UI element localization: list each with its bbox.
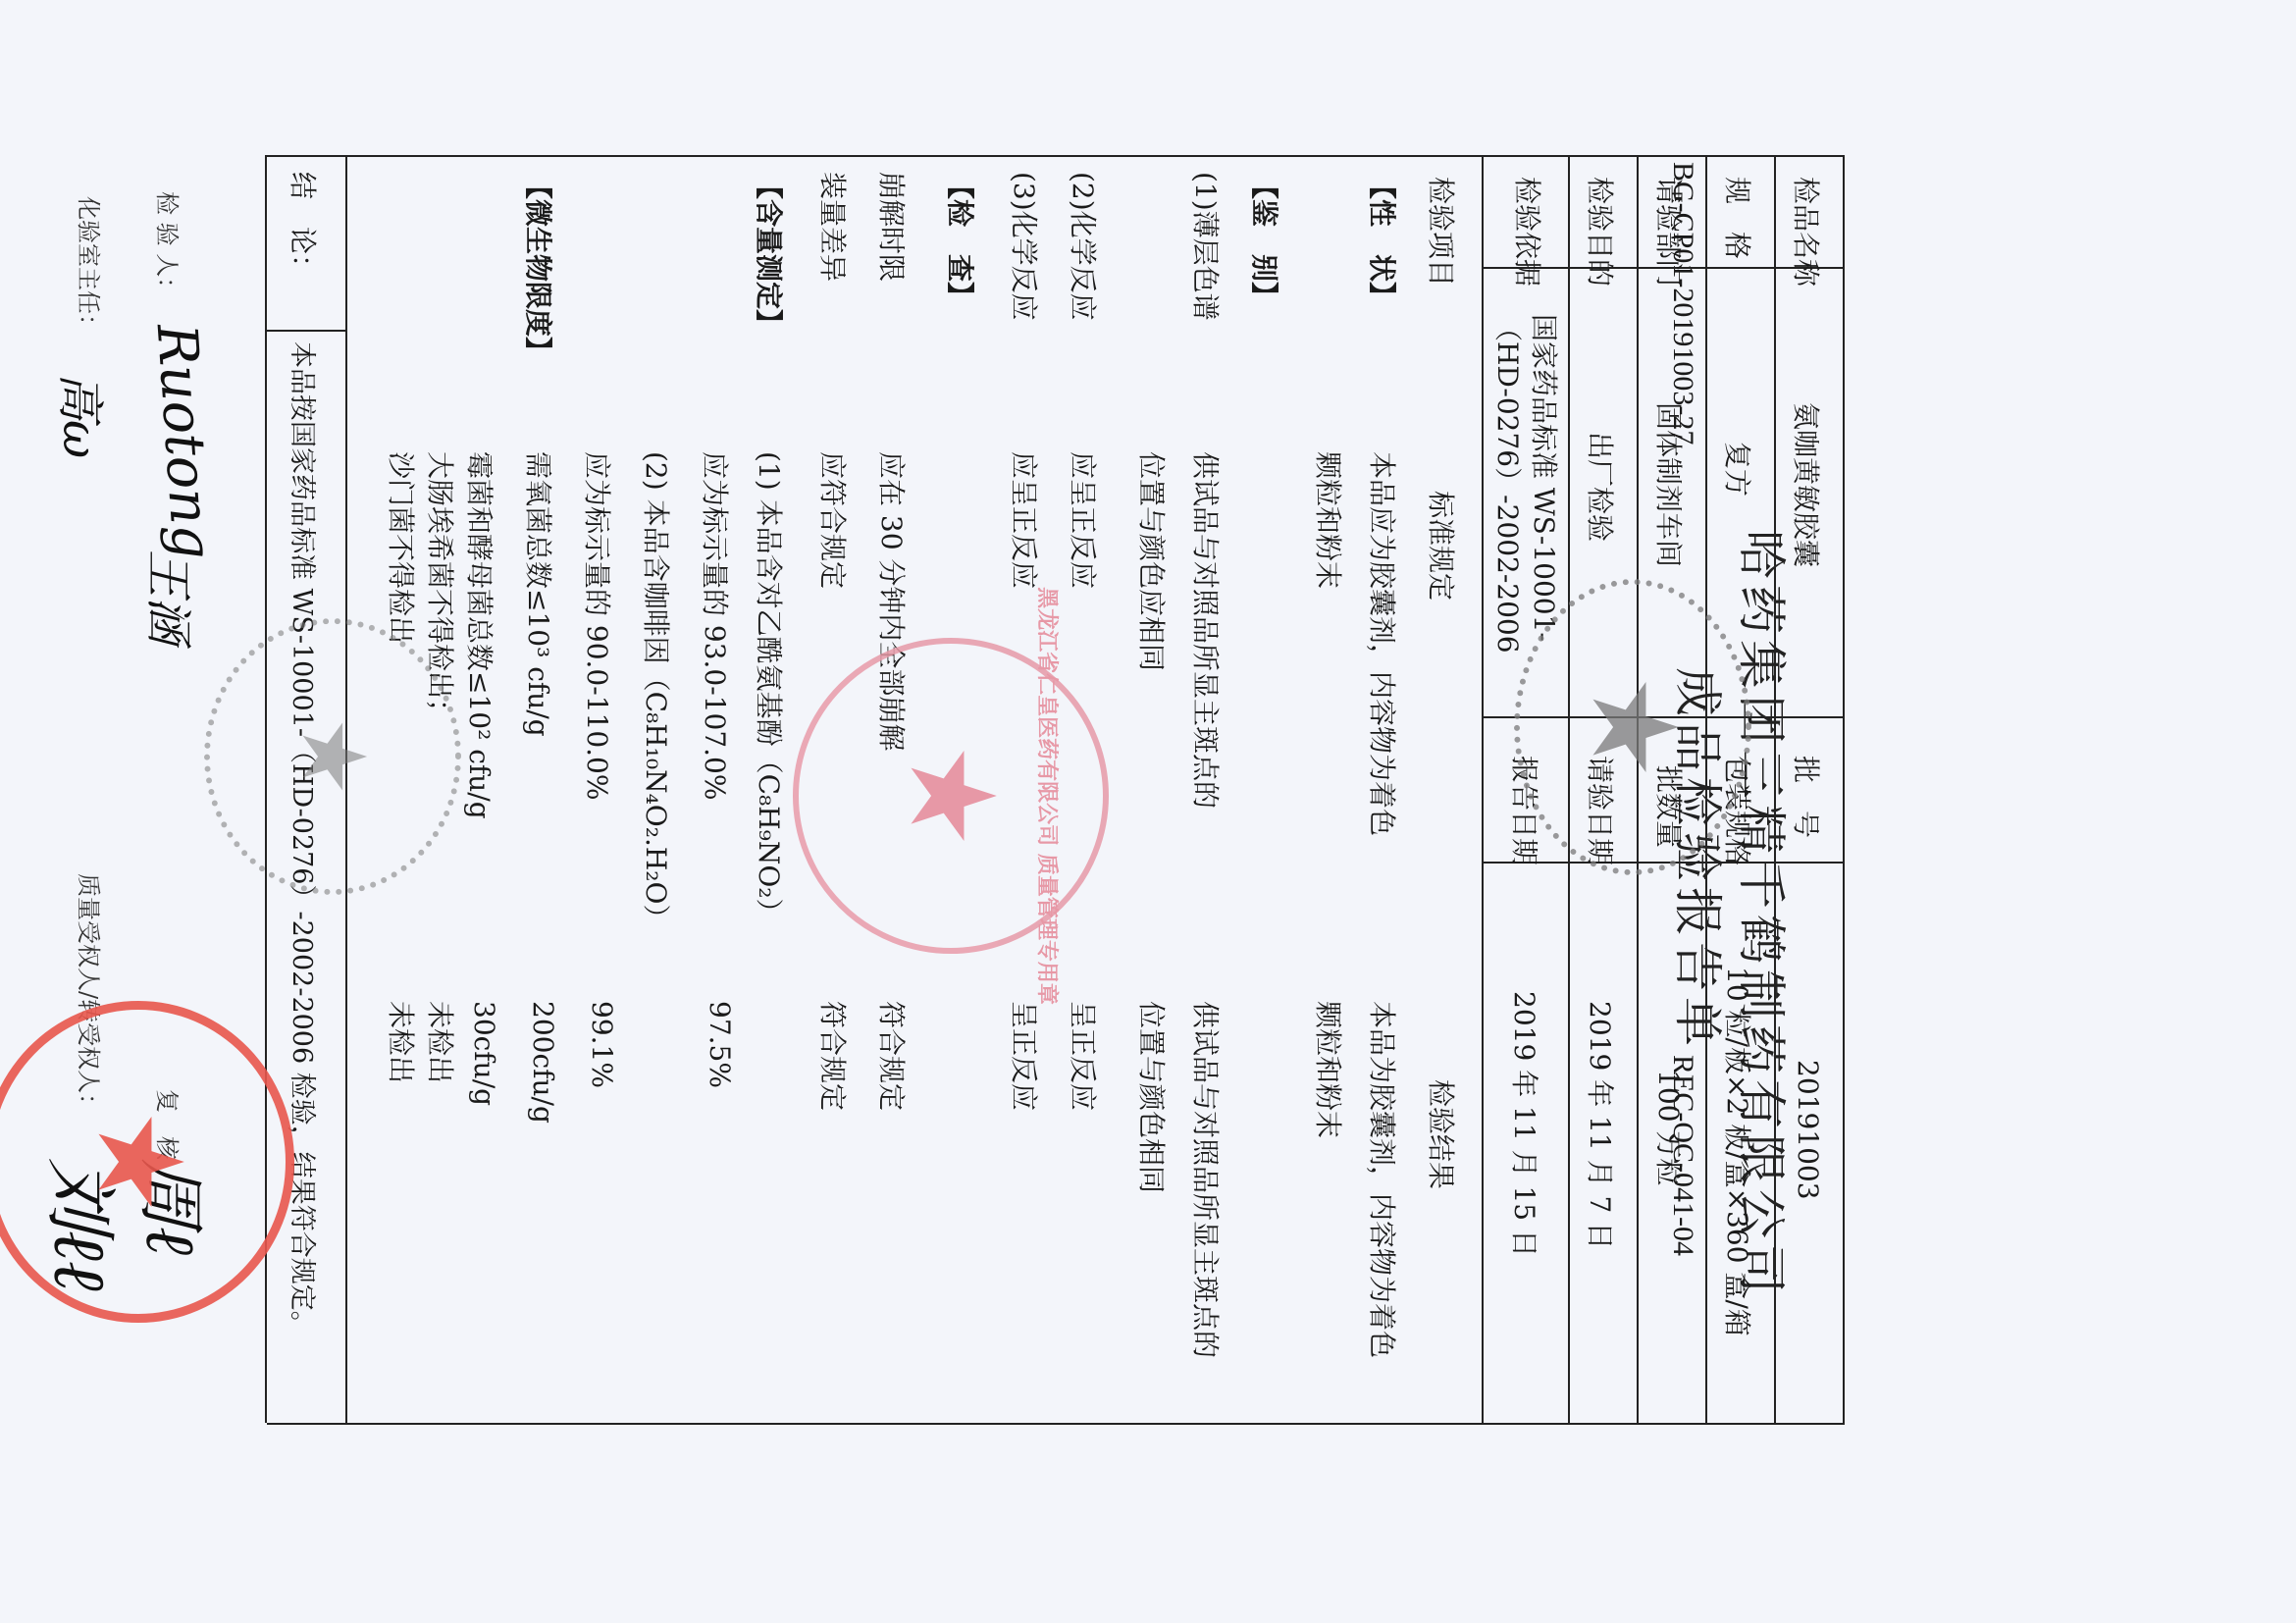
col-header-standard: 标准规定: [1423, 491, 1462, 601]
small-inspection-stamp: ★: [204, 618, 461, 895]
package-value: 10 粒/板×2 板/盒×360 盒/箱: [1712, 967, 1766, 1336]
request-date-value: 2019 年 11 月 7 日: [1575, 1001, 1629, 1249]
basis-label: 检验依据: [1499, 177, 1558, 287]
star-icon: ★: [288, 717, 377, 797]
row-standard: (2) 本品含咖啡因（C₈H₁₀N₄O₂.H₂O）: [638, 451, 677, 931]
spec-value: 复方: [1712, 442, 1766, 497]
distributor-quality-stamp: ★ 黑龙江省仁皇医药有限公司 质量管理专用章: [793, 638, 1109, 954]
row-result: 未检出: [383, 1001, 422, 1083]
company-quality-stamp: ★: [0, 1001, 294, 1323]
row-item: (1)薄层色谱: [1187, 172, 1226, 321]
row-result: 呈正反应: [1006, 1001, 1045, 1111]
stamp-text: 黑龙江省仁皇医药有限公司 质量管理专用章: [1033, 587, 1064, 1005]
row-result: 符合规定: [873, 1001, 913, 1111]
row-item: 【含量测定】: [751, 172, 790, 337]
inspector-label: 检 验 人：: [152, 191, 186, 300]
row-item: (2)化学反应: [1065, 172, 1104, 321]
inspector-signature: Ruotong: [144, 322, 225, 561]
report-date-value: 2019 年 11 月 15 日: [1496, 991, 1555, 1257]
row-item: 【鉴 别】: [1246, 172, 1285, 309]
row-standard: 应为标示量的 90.0-110.0%: [579, 451, 618, 800]
product-name-label: 检品名称: [1781, 177, 1835, 287]
row-result: 位置与颜色相同: [1133, 1001, 1173, 1193]
row-standard: 沙门菌不得检出: [383, 451, 422, 644]
star-icon: ★: [892, 743, 1010, 849]
row-standard: 霉菌和酵母菌总数≤10² cfu/g: [461, 451, 500, 819]
batch-no-value: 20191003: [1781, 1060, 1835, 1200]
row-standard: 颗粒和粉末: [1310, 451, 1349, 589]
star-icon: ★: [79, 1109, 197, 1215]
row-item: 【微生物限度】: [520, 172, 559, 364]
row-standard: 应呈正反应: [1065, 451, 1104, 589]
dept-value: 固体制剂车间: [1644, 402, 1697, 567]
row-standard: 供试品与对照品所显主斑点的: [1187, 451, 1226, 809]
star-icon: ★: [1574, 674, 1692, 780]
purpose-label: 检验目的: [1575, 177, 1629, 287]
row-standard: 位置与颜色应相同: [1133, 451, 1173, 671]
row-result: 符合规定: [814, 1001, 854, 1111]
col-header-item: 检验项目: [1423, 177, 1462, 287]
lab-head-signature: 高ω: [50, 373, 118, 458]
row-standard: 应为标示量的 93.0-107.0%: [697, 451, 736, 800]
spec-label: 规 格: [1712, 177, 1766, 259]
basis-line-1: 国家药品标准 WS-10001-: [1526, 314, 1565, 642]
row-item: 崩解时限: [873, 172, 913, 282]
row-item: (3)化学反应: [1006, 172, 1045, 321]
qc-inspection-stamp: ★: [1514, 579, 1751, 875]
row-result: 呈正反应: [1065, 1001, 1104, 1111]
dept-label: 请验部门: [1644, 177, 1697, 287]
row-result: 本品为胶囊剂，内容物为着色: [1364, 1001, 1403, 1358]
quantity-value: 100 万粒: [1644, 1070, 1697, 1185]
row-result: 颗粒和粉末: [1310, 1001, 1349, 1138]
inspection-report-page: 哈药集团三精千鹤制药有限公司 成品检验报告单 BG-CP01-20191003-…: [0, 0, 2296, 1623]
row-result: 未检出: [422, 1001, 461, 1083]
row-result: 30cfu/g: [468, 1001, 500, 1106]
row-item: 装量差异: [814, 172, 854, 282]
row-standard: 应呈正反应: [1006, 451, 1045, 589]
row-result: 200cfu/g: [527, 1001, 559, 1124]
row-standard: (1) 本品含对乙酰氨基酚（C₈H₉NO₂）: [751, 451, 790, 926]
row-result: 供试品与对照品所显主斑点的: [1187, 1001, 1226, 1358]
row-result: 97.5%: [704, 1001, 736, 1088]
row-result: 99.1%: [586, 1001, 618, 1088]
row-standard: 本品应为胶囊剂，内容物为着色: [1364, 451, 1403, 836]
conclusion-label: 结 论：: [285, 172, 324, 282]
row-item: 【性 状】: [1364, 172, 1403, 309]
row-standard: 应符合规定: [814, 451, 854, 589]
basis-line-2: （HD-0276）-2002-2006: [1489, 314, 1529, 654]
lab-head-label: 化验室主任：: [74, 196, 108, 338]
row-standard: 需氧菌总数≤10³ cfu/g: [520, 451, 559, 737]
col-header-result: 检验结果: [1423, 1079, 1462, 1189]
batch-no-label: 批 号: [1781, 756, 1835, 838]
inspector-signature-2: 王涵: [138, 550, 206, 644]
product-name-value: 氨咖黄敏胶囊: [1781, 402, 1835, 567]
purpose-value: 出厂检验: [1575, 432, 1629, 542]
row-item: 【检 查】: [942, 172, 981, 309]
